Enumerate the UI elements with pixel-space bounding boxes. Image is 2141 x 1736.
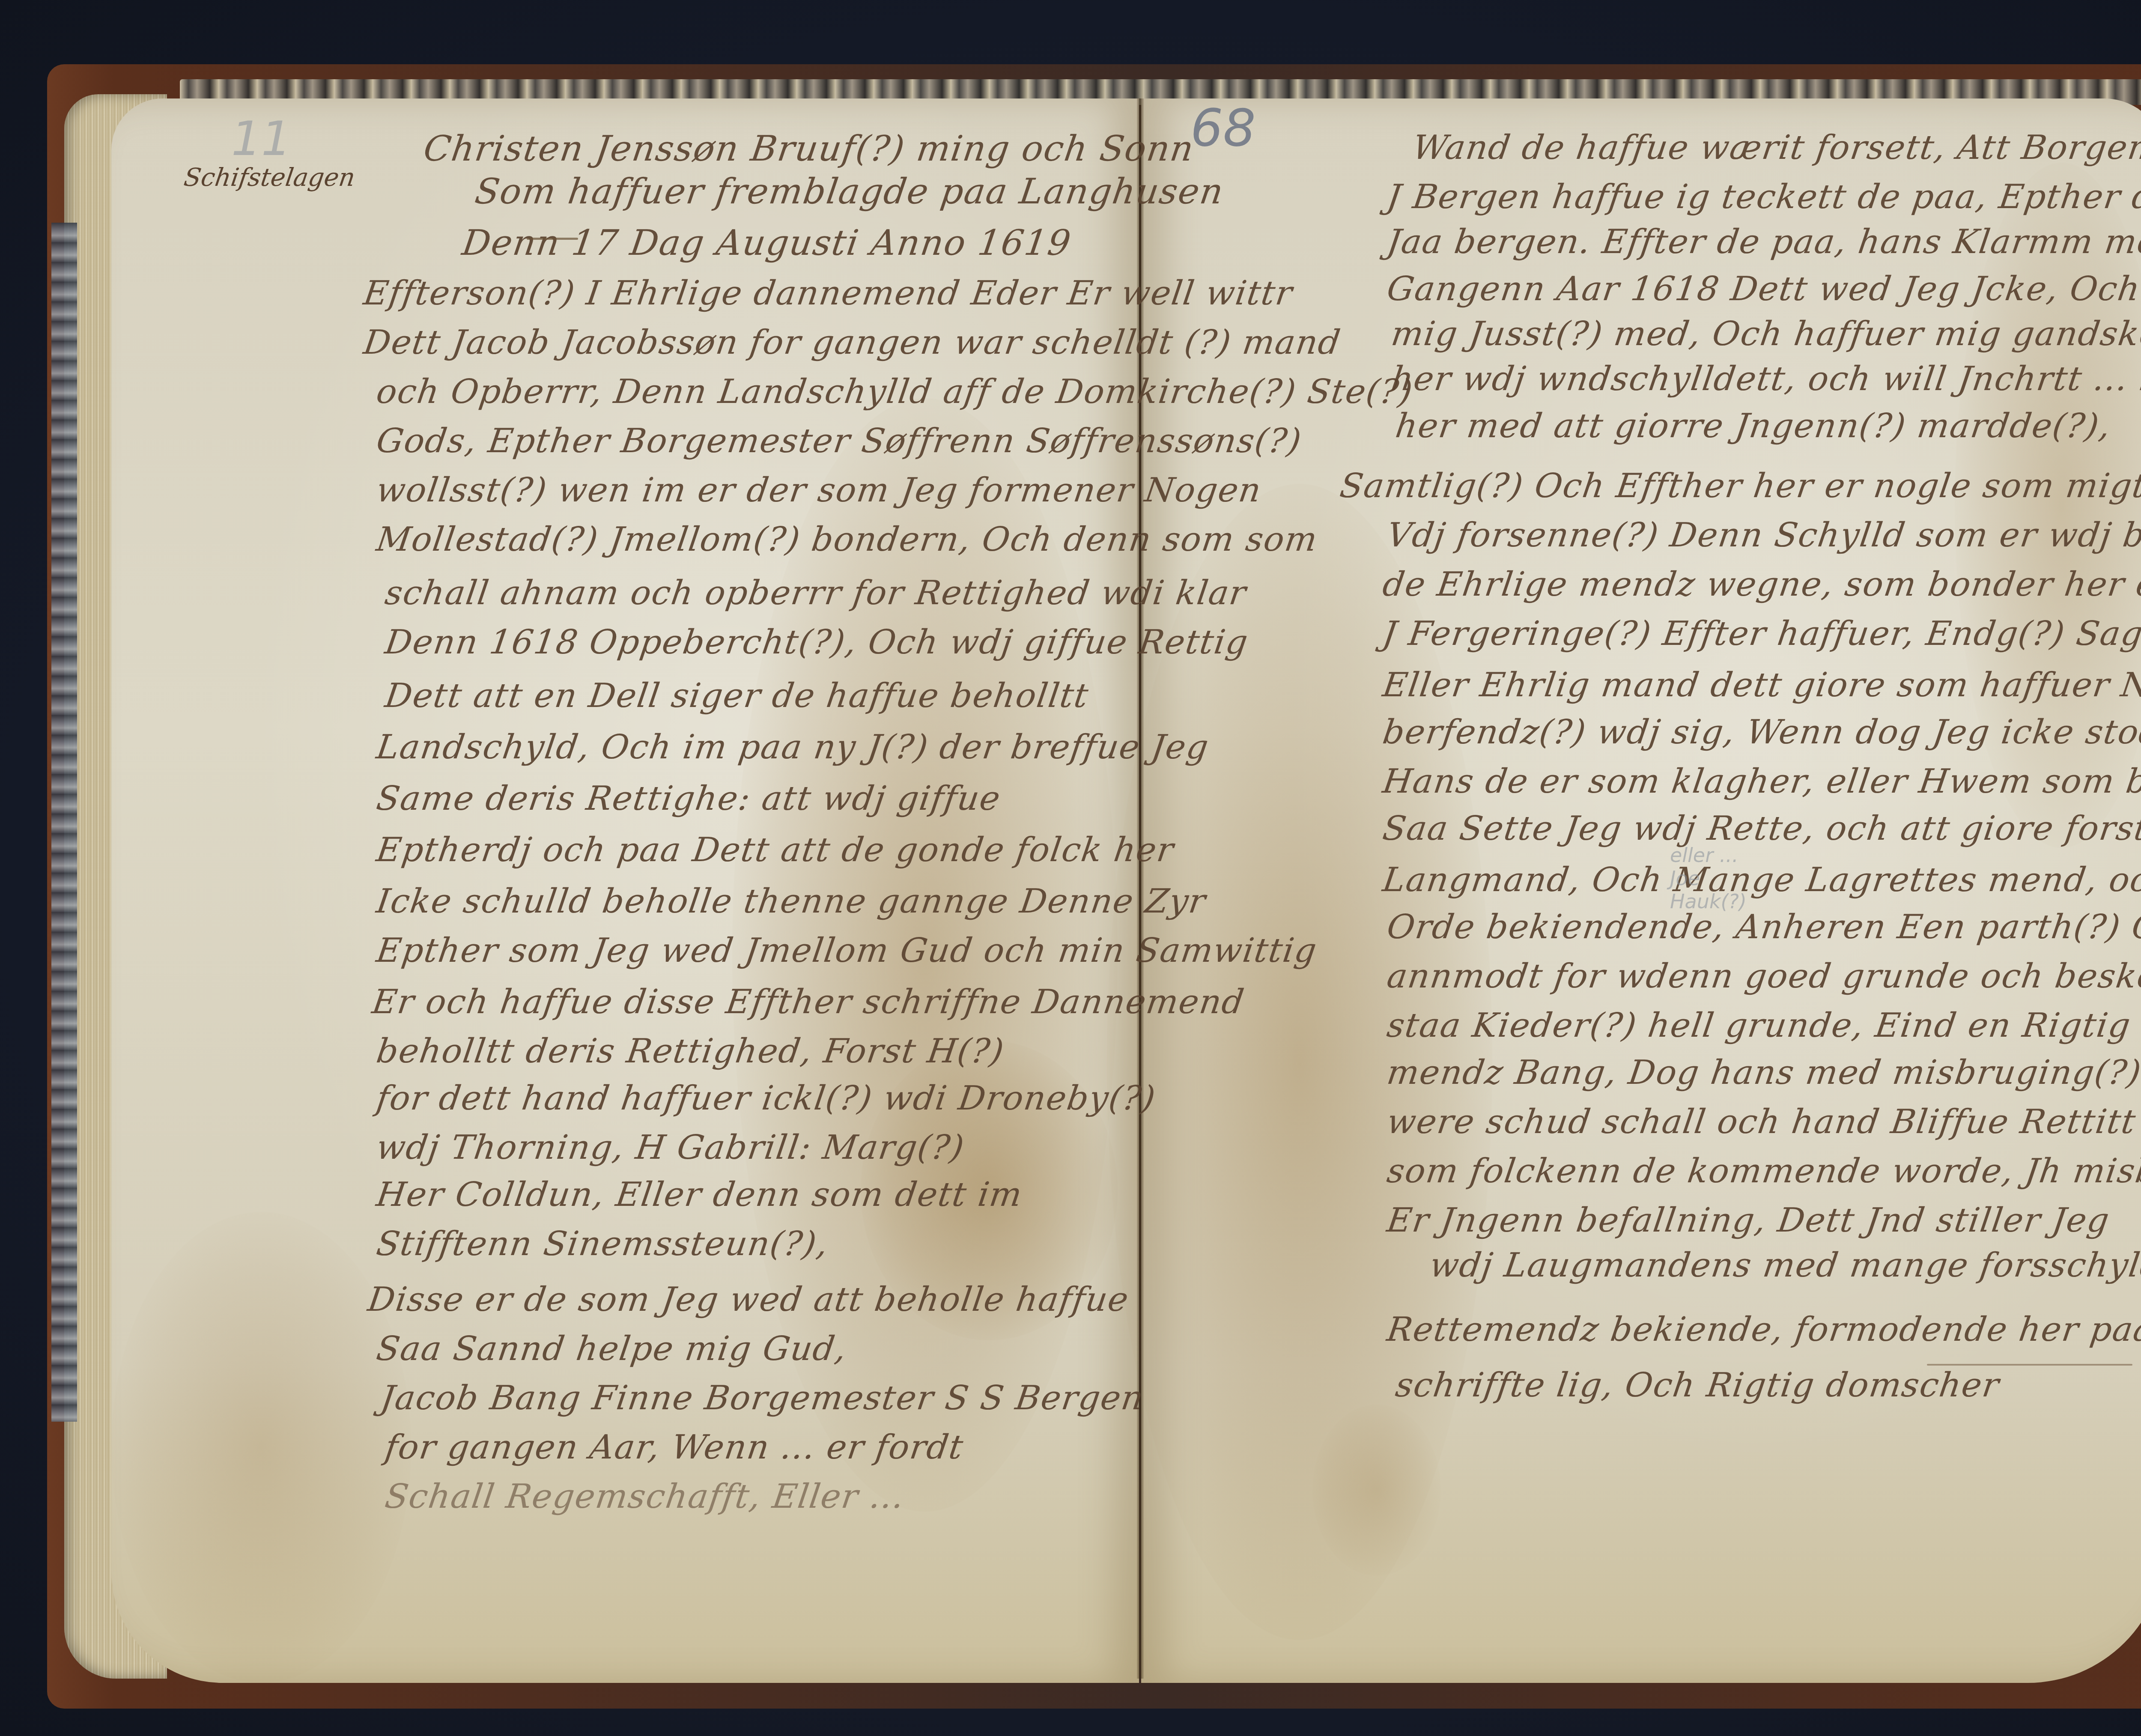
text-line: Samtlig(?) Och Effther her er nogle som … bbox=[1338, 467, 2141, 505]
text-line: Saa Sette Jeg wdj Rette, och att giore f… bbox=[1381, 809, 2141, 848]
text-line: for dett hand haffuer ickl(?) wdi Droneb… bbox=[374, 1079, 1158, 1118]
text-line: Gods, Epther Borgemester Søffrenn Søffre… bbox=[374, 422, 1304, 460]
text-line: Stifftenn Sinemssteun(?), bbox=[374, 1225, 831, 1263]
text-line: annmodt for wdenn goed grunde och besked… bbox=[1385, 957, 2141, 996]
text-line: Hans de er som klagher, eller Hwem som b… bbox=[1381, 762, 2141, 801]
text-line: Saa Sannd helpe mig Gud, bbox=[374, 1330, 850, 1368]
pencil-mark: 11 bbox=[231, 111, 291, 166]
text-line: Landschyld, Och im paa ny J(?) der breff… bbox=[374, 728, 1211, 767]
text-line: mendz Bang, Dog hans med misbruging(?) h… bbox=[1385, 1053, 2141, 1092]
text-line: Her Colldun, Eller denn som dett im bbox=[374, 1175, 1025, 1214]
text-line: J Fergeringe(?) Effter haffuer, Endg(?) … bbox=[1381, 614, 2141, 653]
text-line: schall ahnam och opberrr for Rettighed w… bbox=[383, 574, 1249, 612]
text-line: Schall Regemschafft, Eller ... bbox=[383, 1477, 907, 1516]
text-line: Dett Jacob Jacobssøn for gangen war sche… bbox=[361, 323, 1344, 362]
text-line: Eller Ehrlig mand dett giore som haffuer… bbox=[1381, 666, 2141, 704]
text-line: Icke schulld beholle thenne gannge Denne… bbox=[374, 882, 1209, 921]
text-line: mig Jusst(?) med, Och haffuer mig gandsk… bbox=[1389, 315, 2141, 353]
text-line: de Ehrlige mendz wegne, som bonder her e… bbox=[1381, 565, 2141, 604]
text-line: Gangenn Aar 1618 Dett wed Jeg Jcke, Och … bbox=[1385, 270, 2141, 308]
water-stain bbox=[111, 1212, 411, 1683]
text-line: J Bergen haffue ig teckett de paa, Epthe… bbox=[1385, 178, 2141, 216]
text-line: Same deris Rettighe: att wdj giffue bbox=[374, 779, 1003, 818]
underline-rule bbox=[527, 238, 578, 240]
text-line: staa Kieder(?) hell grunde, Eind en Rigt… bbox=[1385, 1006, 2141, 1045]
folio-number: 68 bbox=[1190, 98, 1256, 158]
margin-note: Schifstelagen bbox=[182, 163, 357, 192]
text-line: schriffte lig, Och Rigtig domscher bbox=[1393, 1366, 2002, 1405]
text-line: Jaa bergen. Effter de paa, hans Klarmm m… bbox=[1385, 223, 2141, 261]
left-marbled-edge bbox=[51, 223, 77, 1422]
text-line: Orde bekiendende, Anheren Een parth(?) C… bbox=[1385, 908, 2141, 946]
text-line: Denn 1618 Oppebercht(?), Och wdj giffue … bbox=[383, 623, 1251, 662]
text-line: wdj Thorning, H Gabrill: Marg(?) bbox=[374, 1128, 967, 1167]
text-line: och Opberrr, Denn Landschylld aff de Dom… bbox=[374, 373, 1416, 411]
text-line: Vdj forsenne(?) Denn Schylld som er wdj … bbox=[1385, 516, 2141, 555]
heading-line: Christen Jenssøn Bruuf(?) ming och Sonn bbox=[421, 128, 1197, 169]
closing-rule bbox=[1927, 1364, 2132, 1366]
text-line: Wand de haffue wærit forsett, Att Borgem… bbox=[1410, 128, 2141, 167]
heading-line: Denn 17 Dag Augusti Anno 1619 bbox=[459, 223, 1074, 263]
text-line: her wdj wndschylldett, och will Jnchrtt … bbox=[1389, 360, 2141, 398]
text-line: Disse er de som Jeg wed att beholle haff… bbox=[366, 1280, 1132, 1319]
text-line: Epther som Jeg wed Jmellom Gud och min S… bbox=[374, 931, 1320, 970]
text-line: wdj Laugmandens med mange forsschyldes L… bbox=[1428, 1246, 2141, 1285]
text-line: beholltt deris Rettighed, Forst H(?) bbox=[374, 1032, 1007, 1071]
text-line: Dett att en Dell siger de haffue behollt… bbox=[383, 677, 1091, 715]
text-line: Er och haffue disse Effther schriffne Da… bbox=[370, 983, 1247, 1021]
text-line: Er Jngenn befallning, Dett Jnd stiller J… bbox=[1385, 1201, 2112, 1240]
text-line: Mollestad(?) Jmellom(?) bondern, Och den… bbox=[374, 520, 1321, 559]
inline-pencil-note: eller ... Joe Hauk(?) bbox=[1670, 844, 1747, 913]
heading-line: Som haffuer fremblagde paa Langhusen bbox=[472, 171, 1226, 212]
text-line: berfendz(?) wdj sig, Wenn dog Jeg icke s… bbox=[1381, 713, 2141, 752]
text-line: for gangen Aar, Wenn ... er fordt bbox=[383, 1428, 966, 1467]
text-line: were schud schall och hand Bliffue Retti… bbox=[1385, 1103, 2141, 1141]
text-line: Eptherdj och paa Dett att de gonde folck… bbox=[374, 831, 1177, 869]
text-line: Langmand, Och Mange Lagrettes mend, och … bbox=[1381, 861, 2141, 899]
text-line: som folckenn de kommende worde, Jh misbr… bbox=[1385, 1152, 2141, 1190]
text-line: Effterson(?) I Ehrlige dannemend Eder Er… bbox=[361, 274, 1295, 313]
text-line: Rettemendz bekiende, formodende her paa … bbox=[1385, 1310, 2141, 1349]
text-line: Jacob Bang Finne Borgemester S S Bergen bbox=[379, 1379, 1147, 1417]
text-line: her med att giorre Jngenn(?) mardde(?), bbox=[1393, 407, 2114, 445]
water-stain bbox=[1312, 1405, 1441, 1576]
text-line: wollsst(?) wen im er der som Jeg formene… bbox=[374, 471, 1264, 510]
